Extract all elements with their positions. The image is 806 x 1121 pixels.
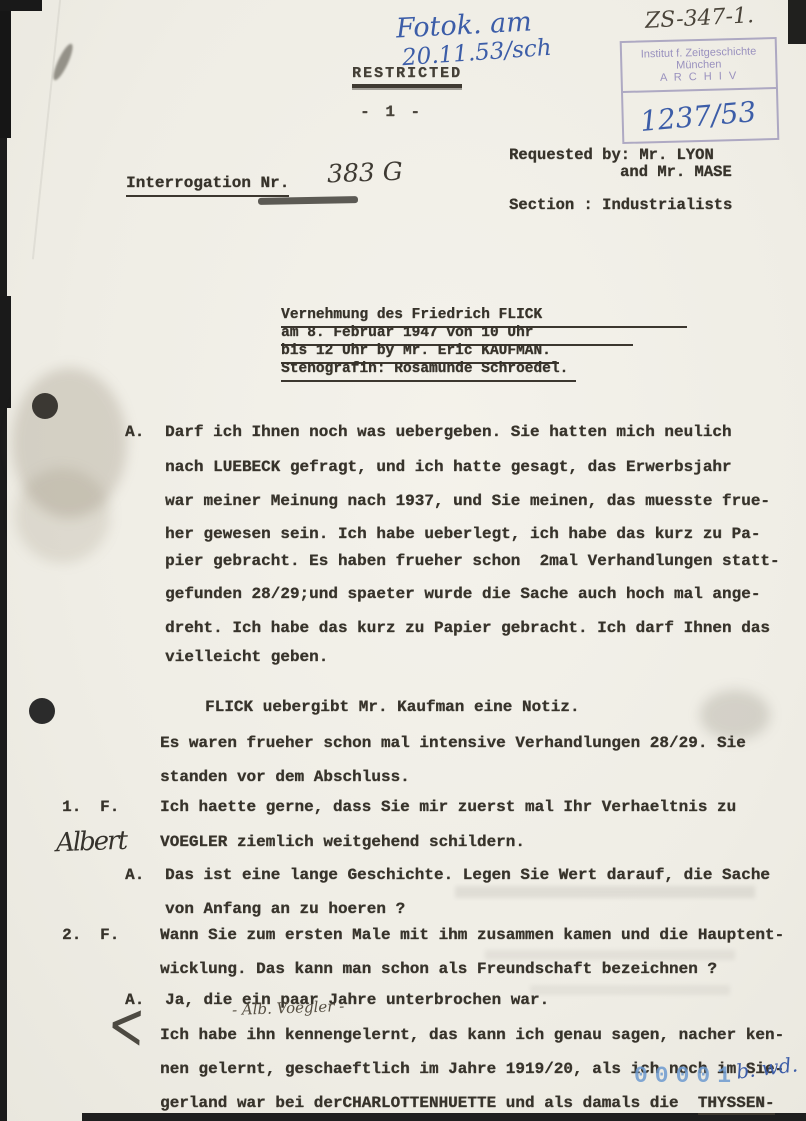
underline-smear [258, 196, 358, 205]
smudge-mark [700, 690, 770, 740]
question-label: F. [100, 927, 119, 945]
text-line: war meiner Meinung nach 1937, und Sie me… [165, 493, 770, 511]
classification-marking: RESTRICTED [352, 66, 462, 88]
archive-number-handwriting: ZS-347-1. [644, 3, 754, 34]
text-line: Das ist eine lange Geschichte. Legen Sie… [165, 867, 770, 885]
bleedthrough-text [485, 950, 735, 960]
scan-edge-top-left [0, 0, 42, 11]
requested-by-line1: Requested by: Mr. LYON [509, 147, 714, 164]
question-number: 2. [62, 927, 81, 945]
text-line: dreht. Ich habe das kurz zu Papier gebra… [165, 620, 770, 638]
name-handwriting: Albert [55, 826, 126, 858]
text-line: Darf ich Ihnen noch was uebergeben. Sie … [165, 424, 732, 442]
scan-crease-line [32, 0, 62, 259]
text-line: Wann Sie zum ersten Male mit ihm zusamme… [160, 927, 784, 945]
text-line: wicklung. Das kann man schon als Freunds… [160, 961, 717, 979]
session-header-text4: Stenografin: Rosamunde Schroedel. [281, 362, 576, 382]
text-line: VOEGLER ziemlich weitgehend schildern. [160, 834, 525, 852]
text-line: gerland war bei derCHARLOTTENHUETTE und … [160, 1095, 775, 1113]
section-line: Section : Industrialists [509, 197, 732, 214]
text-line: pier gebracht. Es haben frueher schon 2m… [165, 553, 780, 571]
archive-stamp-line3: A R C H I V [623, 69, 776, 85]
margin-angle-mark: < [106, 985, 146, 1065]
page-numbering-stamp: 00001 [634, 1064, 738, 1089]
text-line: standen vor dem Abschluss. [160, 769, 410, 787]
bleedthrough-text [530, 985, 730, 995]
session-header-line4: Stenografin: Rosamunde Schroedel. [281, 360, 576, 382]
text-line-part: gerland war bei derCHARLOTTENHUETTE und … [160, 1094, 698, 1112]
answer-label: A. [125, 867, 144, 885]
scan-edge-top-right [788, 0, 806, 44]
text-line: Ich habe ihn kennengelernt, das kann ich… [160, 1027, 784, 1045]
interrogation-number-handwriting: 383 G [327, 157, 404, 189]
question-label: F. [100, 799, 119, 817]
text-line: Ja, die ein paar Jahre unterbrochen war. [165, 992, 549, 1010]
text-line: nach LUEBECK gefragt, und ich hatte gesa… [165, 459, 732, 477]
text-line: Ich haette gerne, dass Sie mir zuerst ma… [160, 799, 736, 817]
smudge-mark [15, 468, 110, 563]
archive-stamp-divider [623, 87, 776, 93]
underlined-word: THYSSEN- [698, 1094, 775, 1115]
scan-edge-left-patch-top [0, 0, 11, 138]
text-line: Es waren frueher schon mal intensive Ver… [160, 735, 746, 753]
text-line: her gewesen sein. Ich habe ueberlegt, ic… [165, 526, 760, 544]
pencil-note-handwriting: - Alb. Voegler - [232, 997, 345, 1019]
text-line: FLICK uebergibt Mr. Kaufman eine Notiz. [205, 699, 579, 717]
answer-label: A. [125, 424, 144, 442]
hole-punch-bottom [29, 698, 55, 724]
initials-handwriting: b. wd. [735, 1052, 799, 1083]
question-number: 1. [62, 799, 81, 817]
text-line: gefunden 28/29;und spaeter wurde die Sac… [165, 586, 760, 604]
scanned-document-page: Fotok. am 20.11.53/sch ZS-347-1. Institu… [0, 0, 806, 1121]
bleedthrough-text [455, 886, 755, 898]
interrogation-number-label: Interrogation Nr. [126, 175, 289, 197]
scan-edge-left [0, 0, 7, 1121]
requested-by-line2: and Mr. MASE [620, 164, 732, 181]
text-line: von Anfang an zu hoeren ? [165, 901, 405, 919]
text-line: vielleicht geben. [165, 649, 328, 667]
page-number: - 1 - [360, 104, 423, 122]
scan-edge-left-patch-mid [0, 296, 11, 408]
